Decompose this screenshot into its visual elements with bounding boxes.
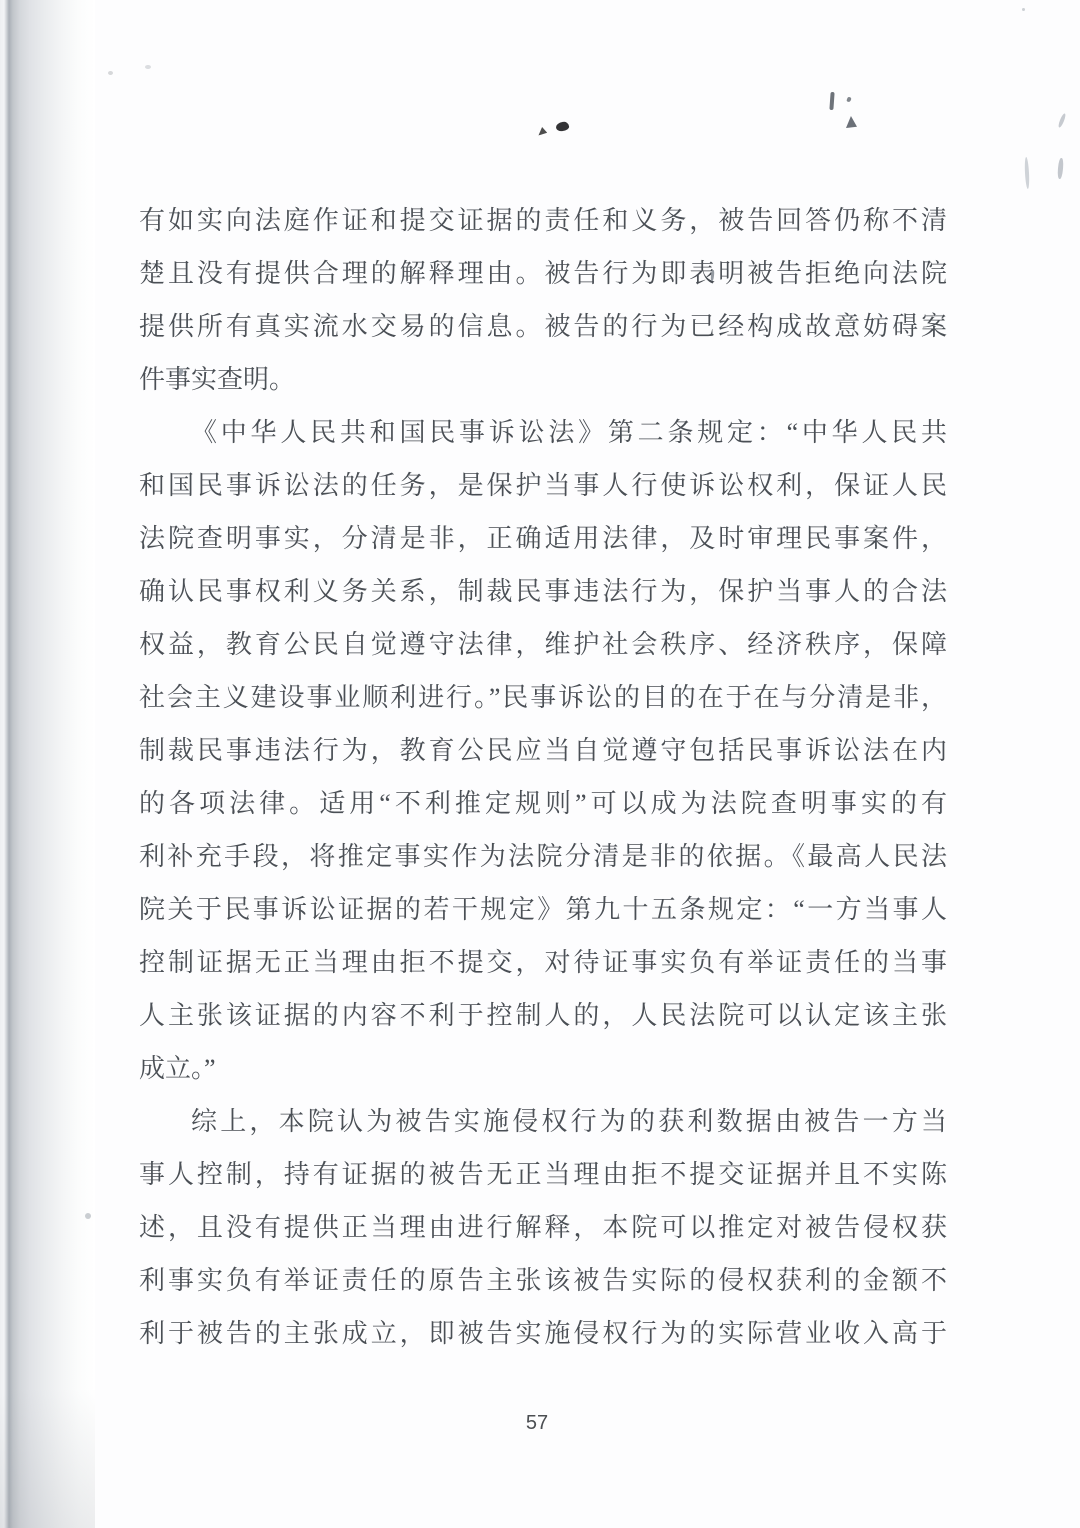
- text-line: 《中华人民共和国民事诉讼法》第二条规定：“中华人民共: [139, 406, 947, 459]
- text-line: 利事实负有举证责任的原告主张该被告实际的侵权获利的金额不: [139, 1254, 947, 1307]
- text-block: 有如实向法庭作证和提交证据的责任和义务，被告回答仍称不清楚且没有提供合理的解释理…: [139, 194, 947, 1360]
- ink-speck: [1022, 8, 1025, 11]
- text-line: 制裁民事违法行为，教育公民应当自觉遵守包括民事诉讼法在内: [139, 724, 947, 777]
- text-line: 利于被告的主张成立，即被告实施侵权行为的实际营业收入高于: [139, 1307, 947, 1360]
- pencil-mark: [1057, 158, 1064, 179]
- ink-speck: [846, 116, 857, 128]
- pencil-mark: [1057, 113, 1066, 128]
- text-line: 提供所有真实流水交易的信息。被告的行为已经构成故意妨碍案: [139, 300, 947, 353]
- ink-speck: [538, 127, 548, 136]
- text-line: 控制证据无正当理由拒不提交，对待证事实负有举证责任的当事: [139, 936, 947, 989]
- text-line: 楚且没有提供合理的解释理由。被告行为即表明被告拒绝向法院: [139, 247, 947, 300]
- text-line: 法院查明事实，分清是非，正确适用法律，及时审理民事案件，: [139, 512, 947, 565]
- text-line: 有如实向法庭作证和提交证据的责任和义务，被告回答仍称不清: [139, 194, 947, 247]
- pencil-mark: [829, 92, 834, 110]
- text-line: 院关于民事诉讼证据的若干规定》第九十五条规定：“一方当事人: [139, 883, 947, 936]
- text-line: 成立。”: [139, 1042, 947, 1095]
- ink-speck: [85, 1213, 91, 1219]
- scan-left-edge-shadow: [0, 0, 95, 1528]
- ink-speck: [145, 65, 151, 69]
- text-line: 权益，教育公民自觉遵守法律，维护社会秩序、经济秩序，保障: [139, 618, 947, 671]
- ink-speck: [555, 121, 569, 132]
- scanned-page: 有如实向法庭作证和提交证据的责任和义务，被告回答仍称不清楚且没有提供合理的解释理…: [0, 0, 1080, 1528]
- text-line: 的各项法律。适用“不利推定规则”可以成为法院查明事实的有: [139, 777, 947, 830]
- text-line: 综上，本院认为被告实施侵权行为的获利数据由被告一方当: [139, 1095, 947, 1148]
- text-line: 确认民事权利义务关系，制裁民事违法行为，保护当事人的合法: [139, 565, 947, 618]
- text-line: 利补充手段，将推定事实作为法院分清是非的依据。《最高人民法: [139, 830, 947, 883]
- text-line: 述，且没有提供正当理由进行解释，本院可以推定对被告侵权获: [139, 1201, 947, 1254]
- ink-speck: [108, 71, 113, 75]
- text-line: 事人控制，持有证据的被告无正当理由拒不提交证据并且不实陈: [139, 1148, 947, 1201]
- page-number: 57: [0, 1412, 1074, 1435]
- text-line: 件事实查明。: [139, 353, 947, 406]
- pencil-mark: [846, 96, 851, 102]
- text-line: 和国民事诉讼法的任务，是保护当事人行使诉讼权利，保证人民: [139, 459, 947, 512]
- text-line: 社会主义建设事业顺利进行。”民事诉讼的目的在于在与分清是非，: [139, 671, 947, 724]
- pencil-mark: [1024, 157, 1030, 189]
- text-line: 人主张该证据的内容不利于控制人的，人民法院可以认定该主张: [139, 989, 947, 1042]
